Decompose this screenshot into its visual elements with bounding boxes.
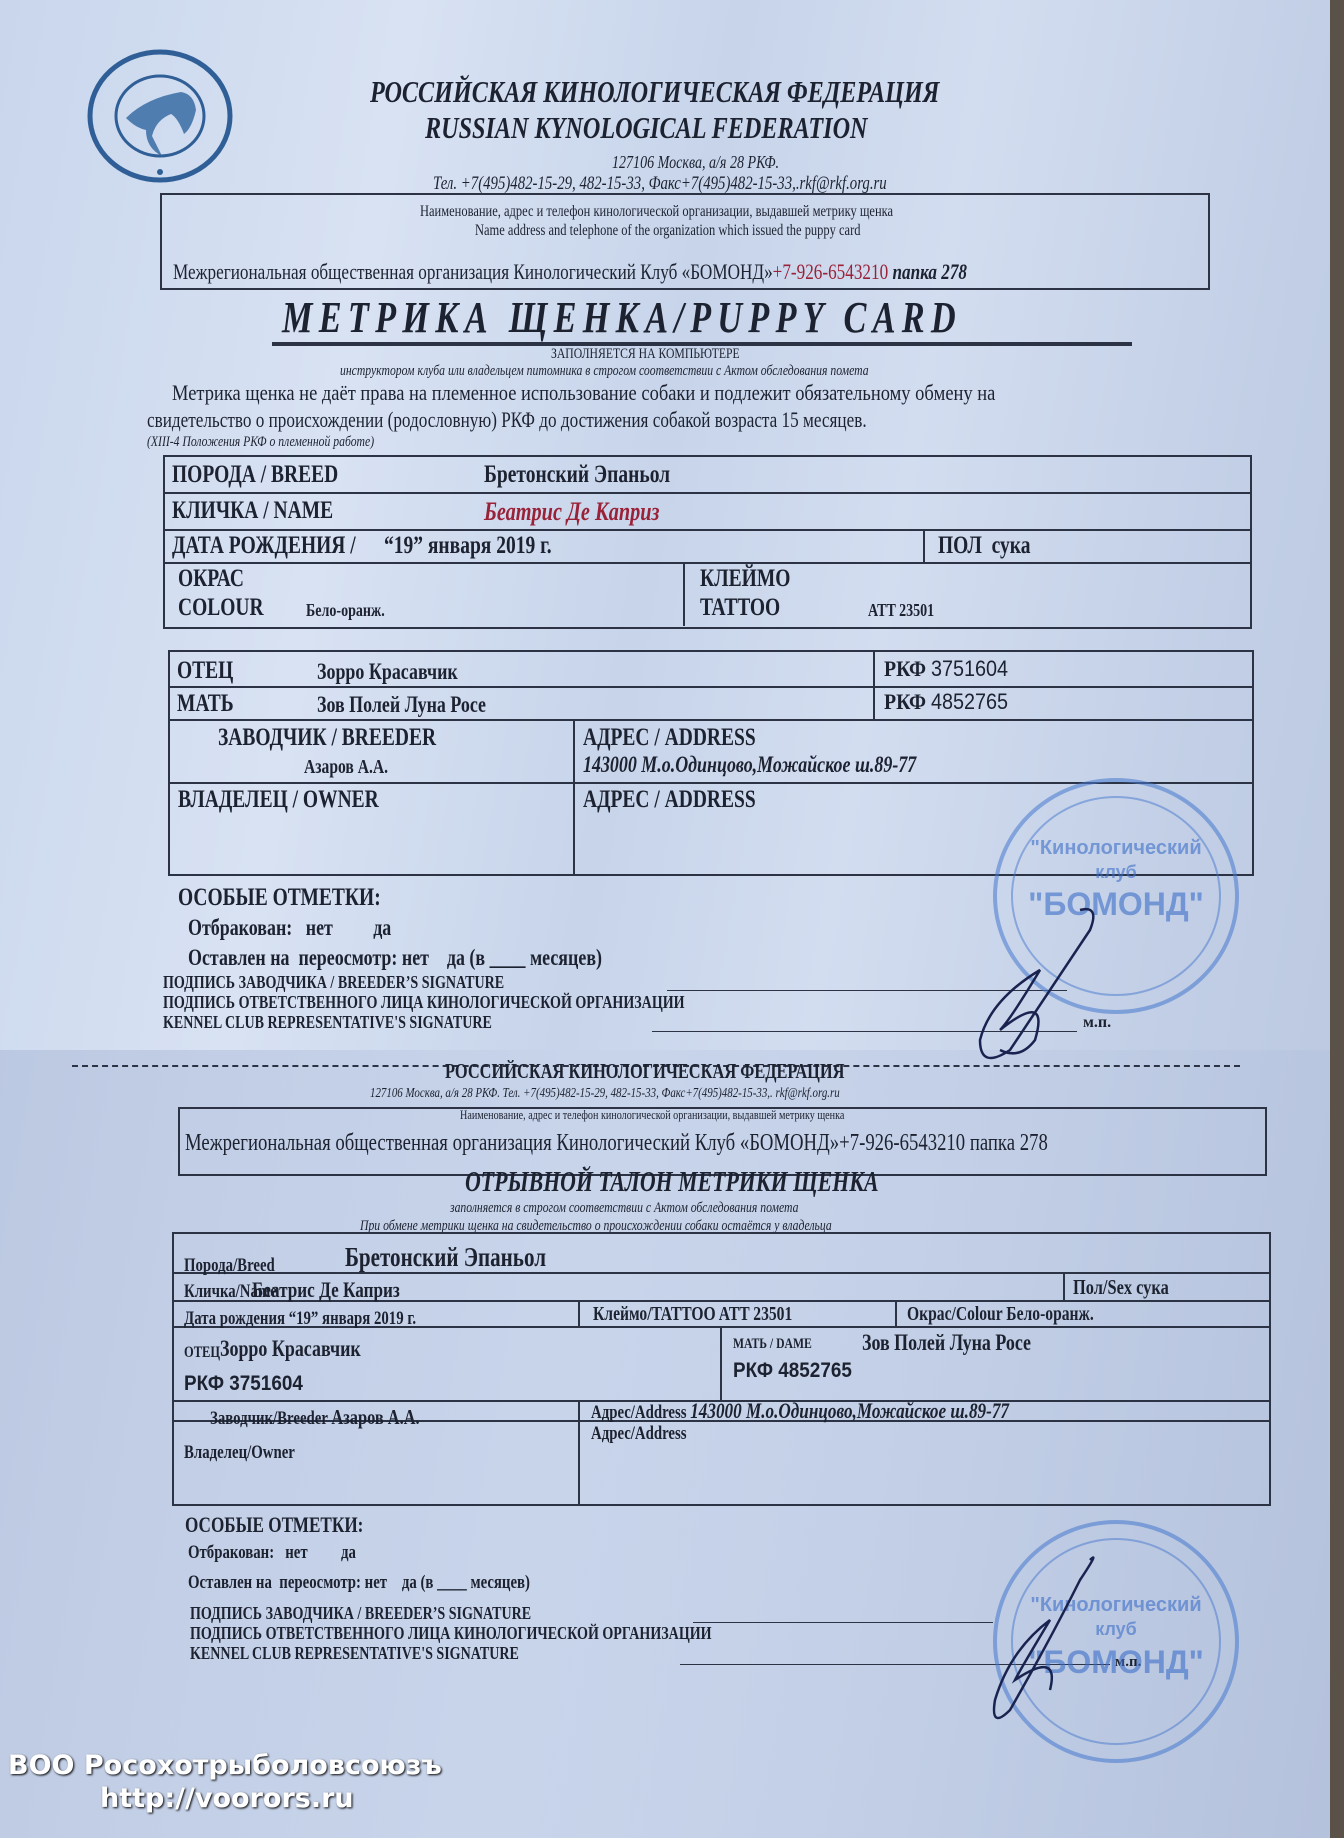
dob-label: ДАТА РОЖДЕНИЯ /: [172, 532, 407, 560]
breeder-address-value: 143000 М.о.Одинцово,Можайское ш.89-77: [583, 752, 1010, 778]
sex-field: ПОЛ сука: [938, 532, 1057, 560]
org-address: 127106 Москва, а/я 28 РКФ.: [612, 152, 826, 173]
card-subtitle2: инструктором клуба или владельцем питомн…: [340, 363, 1018, 380]
stub-owner-address-label: Адрес/Address: [591, 1423, 713, 1445]
signature-icon-2: [950, 1540, 1120, 1730]
dob-value: “19” января 2019 г.: [384, 532, 599, 560]
colour-value: Бело-оранж.: [306, 600, 407, 621]
stub-sire-reg: РКФ 3751604: [184, 1372, 316, 1396]
stub-breeder-signature-label: ПОДПИСЬ ЗАВОДЧИКА / BREEDER’S SIGNATURE: [190, 1603, 627, 1624]
stub-dam-value: Зов Полей Луна Росе: [862, 1330, 1079, 1356]
stub-issuer-caption: Наименование, адрес и телефон кинологиче…: [460, 1107, 953, 1123]
stub-breed-label: Порода/Breed: [184, 1255, 300, 1277]
stub-reexam: Оставлен на переосмотр: нет да (в ____ м…: [188, 1572, 626, 1594]
sire-reg: РКФ 3751604: [884, 656, 1022, 682]
tattoo-label-ru: КЛЕЙМО: [700, 565, 816, 593]
stub-subtitle: заполняется в строгом соответствии с Акт…: [450, 1200, 897, 1217]
watermark-org: ВОО Росохотрыболовсоюзъ: [8, 1750, 442, 1781]
folder-label: папка: [892, 259, 937, 284]
org-title-en: RUSSIAN KYNOLOGICAL FEDERATION: [425, 110, 992, 146]
stub-club-signature-label-ru: ПОДПИСЬ ОТВЕТСТВЕННОГО ЛИЦА КИНОЛОГИЧЕСК…: [190, 1623, 859, 1644]
culled-field: Отбракован: нет да: [188, 915, 449, 941]
watermark-url[interactable]: http://voorors.ru: [100, 1783, 354, 1814]
stub-name-value: Беатрис Де Каприз: [252, 1277, 441, 1303]
marks-title: ОСОБЫЕ ОТМЕТКИ:: [178, 884, 438, 912]
issuer-line: Межрегиональная общественная организация…: [173, 259, 1191, 285]
stub-marks-title: ОСОБЫЕ ОТМЕТКИ:: [185, 1512, 414, 1538]
org-title-ru: РОССИЙСКАЯ КИНОЛОГИЧЕСКАЯ ФЕДЕРАЦИЯ: [370, 74, 1100, 110]
stub-issuer: Межрегиональная общественная организация…: [185, 1130, 1291, 1157]
sex-value: сука: [992, 532, 1031, 559]
stub-sex: Пол/Sex сука: [1073, 1275, 1196, 1300]
stub-contacts: 127106 Москва, а/я 28 РКФ. Тел. +7(495)4…: [370, 1086, 972, 1102]
card-subtitle: ЗАПОЛНЯЕТСЯ НА КОМПЬЮТЕРЕ: [551, 346, 793, 363]
colour-label-en: COLOUR: [178, 594, 288, 622]
card-title: МЕТРИКА ЩЕНКА/PUPPY CARD: [282, 292, 1154, 343]
name-label: КЛИЧКА / NAME: [172, 497, 379, 525]
breed-label: ПОРОДА / BREED: [172, 461, 385, 489]
notice-line1: Метрика щенка не даёт права на племенное…: [172, 380, 1152, 406]
owner-address-label: АДРЕС / ADDRESS: [583, 786, 804, 814]
colour-label-ru: ОКРАС: [178, 565, 263, 593]
stub-sire-value: Зорро Красавчик: [220, 1336, 400, 1362]
org-contacts: Тел. +7(495)482-15-29, 482-15-33, Факс+7…: [433, 173, 1015, 195]
breeder-address-label: АДРЕС / ADDRESS: [583, 724, 804, 752]
stub-title: ОТРЫВНОЙ ТАЛОН МЕТРИКИ ЩЕНКА: [465, 1167, 995, 1199]
stub-dam-reg: РКФ 4852765: [733, 1359, 865, 1383]
sire-value: Зорро Красавчик: [317, 659, 497, 685]
owner-label: ВЛАДЕЛЕЦ / OWNER: [178, 786, 435, 814]
breed-value: Бретонский Эпаньол: [484, 461, 723, 489]
stub-colour: Окрас/Colour Бело-оранж.: [907, 1303, 1146, 1326]
regulation-ref: (XIII-4 Положения РКФ о племенной работе…: [147, 434, 438, 451]
club-signature-label-ru: ПОДПИСЬ ОТВЕТСТВЕННОГО ЛИЦА КИНОЛОГИЧЕСК…: [163, 992, 832, 1013]
tattoo-value: ATT 23501: [868, 600, 953, 621]
tattoo-label-en: TATTOO: [700, 594, 803, 622]
notice-line2: свидетельство о происхождении (родословн…: [147, 407, 1070, 433]
stub-tattoo: Клеймо/TATTOO ATT 23501: [593, 1303, 848, 1326]
reexam-field: Оставлен на переосмотр: нет да (в ____ м…: [188, 945, 719, 971]
stub-club-signature-label-en: KENNEL CLUB REPRESENTATIVE'S SIGNATURE: [190, 1643, 612, 1664]
rkf-logo-icon: [86, 48, 234, 184]
issuer-name: Межрегиональная общественная организация…: [173, 259, 773, 284]
breeder-label: ЗАВОДЧИК / BREEDER: [218, 724, 498, 752]
stub-breeder-address: Адрес/Address 143000 М.о.Одинцово,Можайс…: [591, 1398, 1127, 1424]
name-value: Беатрис Де Каприз: [484, 497, 709, 527]
stub-dam-label: МАТЬ / DAME: [733, 1336, 834, 1353]
issuer-caption-ru: Наименование, адрес и телефон кинологиче…: [420, 203, 1026, 221]
sire-label: ОТЕЦ: [177, 657, 249, 685]
breeder-signature-label: ПОДПИСЬ ЗАВОДЧИКА / BREEDER’S SIGNATURE: [163, 972, 600, 993]
stub-breed-value: Бретонский Эпаньол: [345, 1242, 603, 1273]
issuer-caption-en: Name address and telephone of the organi…: [475, 222, 969, 240]
stub-org-title: РОССИЙСКАЯ КИНОЛОГИЧЕСКАЯ ФЕДЕРАЦИЯ: [445, 1059, 957, 1084]
breeder-value: Азаров А.А.: [304, 756, 412, 779]
dam-label: МАТЬ: [177, 690, 250, 718]
rkf-logo: [86, 48, 234, 184]
signature-icon: [940, 900, 1120, 1070]
stub-owner-label: Владелец/Owner: [184, 1442, 326, 1464]
dam-value: Зов Полей Луна Росе: [317, 692, 534, 718]
issuer-phone: +7-926-6543210: [773, 259, 888, 284]
stub-dob: Дата рождения “19” января 2019 г.: [184, 1308, 482, 1330]
stub-culled: Отбракован: нет да: [188, 1542, 403, 1564]
stub-breeder: Заводчик/Breeder Азаров А.А.: [210, 1405, 479, 1430]
club-signature-label-en: KENNEL CLUB REPRESENTATIVE'S SIGNATURE: [163, 1012, 585, 1033]
folder-number: 278: [941, 259, 967, 284]
dam-reg: РКФ 4852765: [884, 689, 1022, 715]
